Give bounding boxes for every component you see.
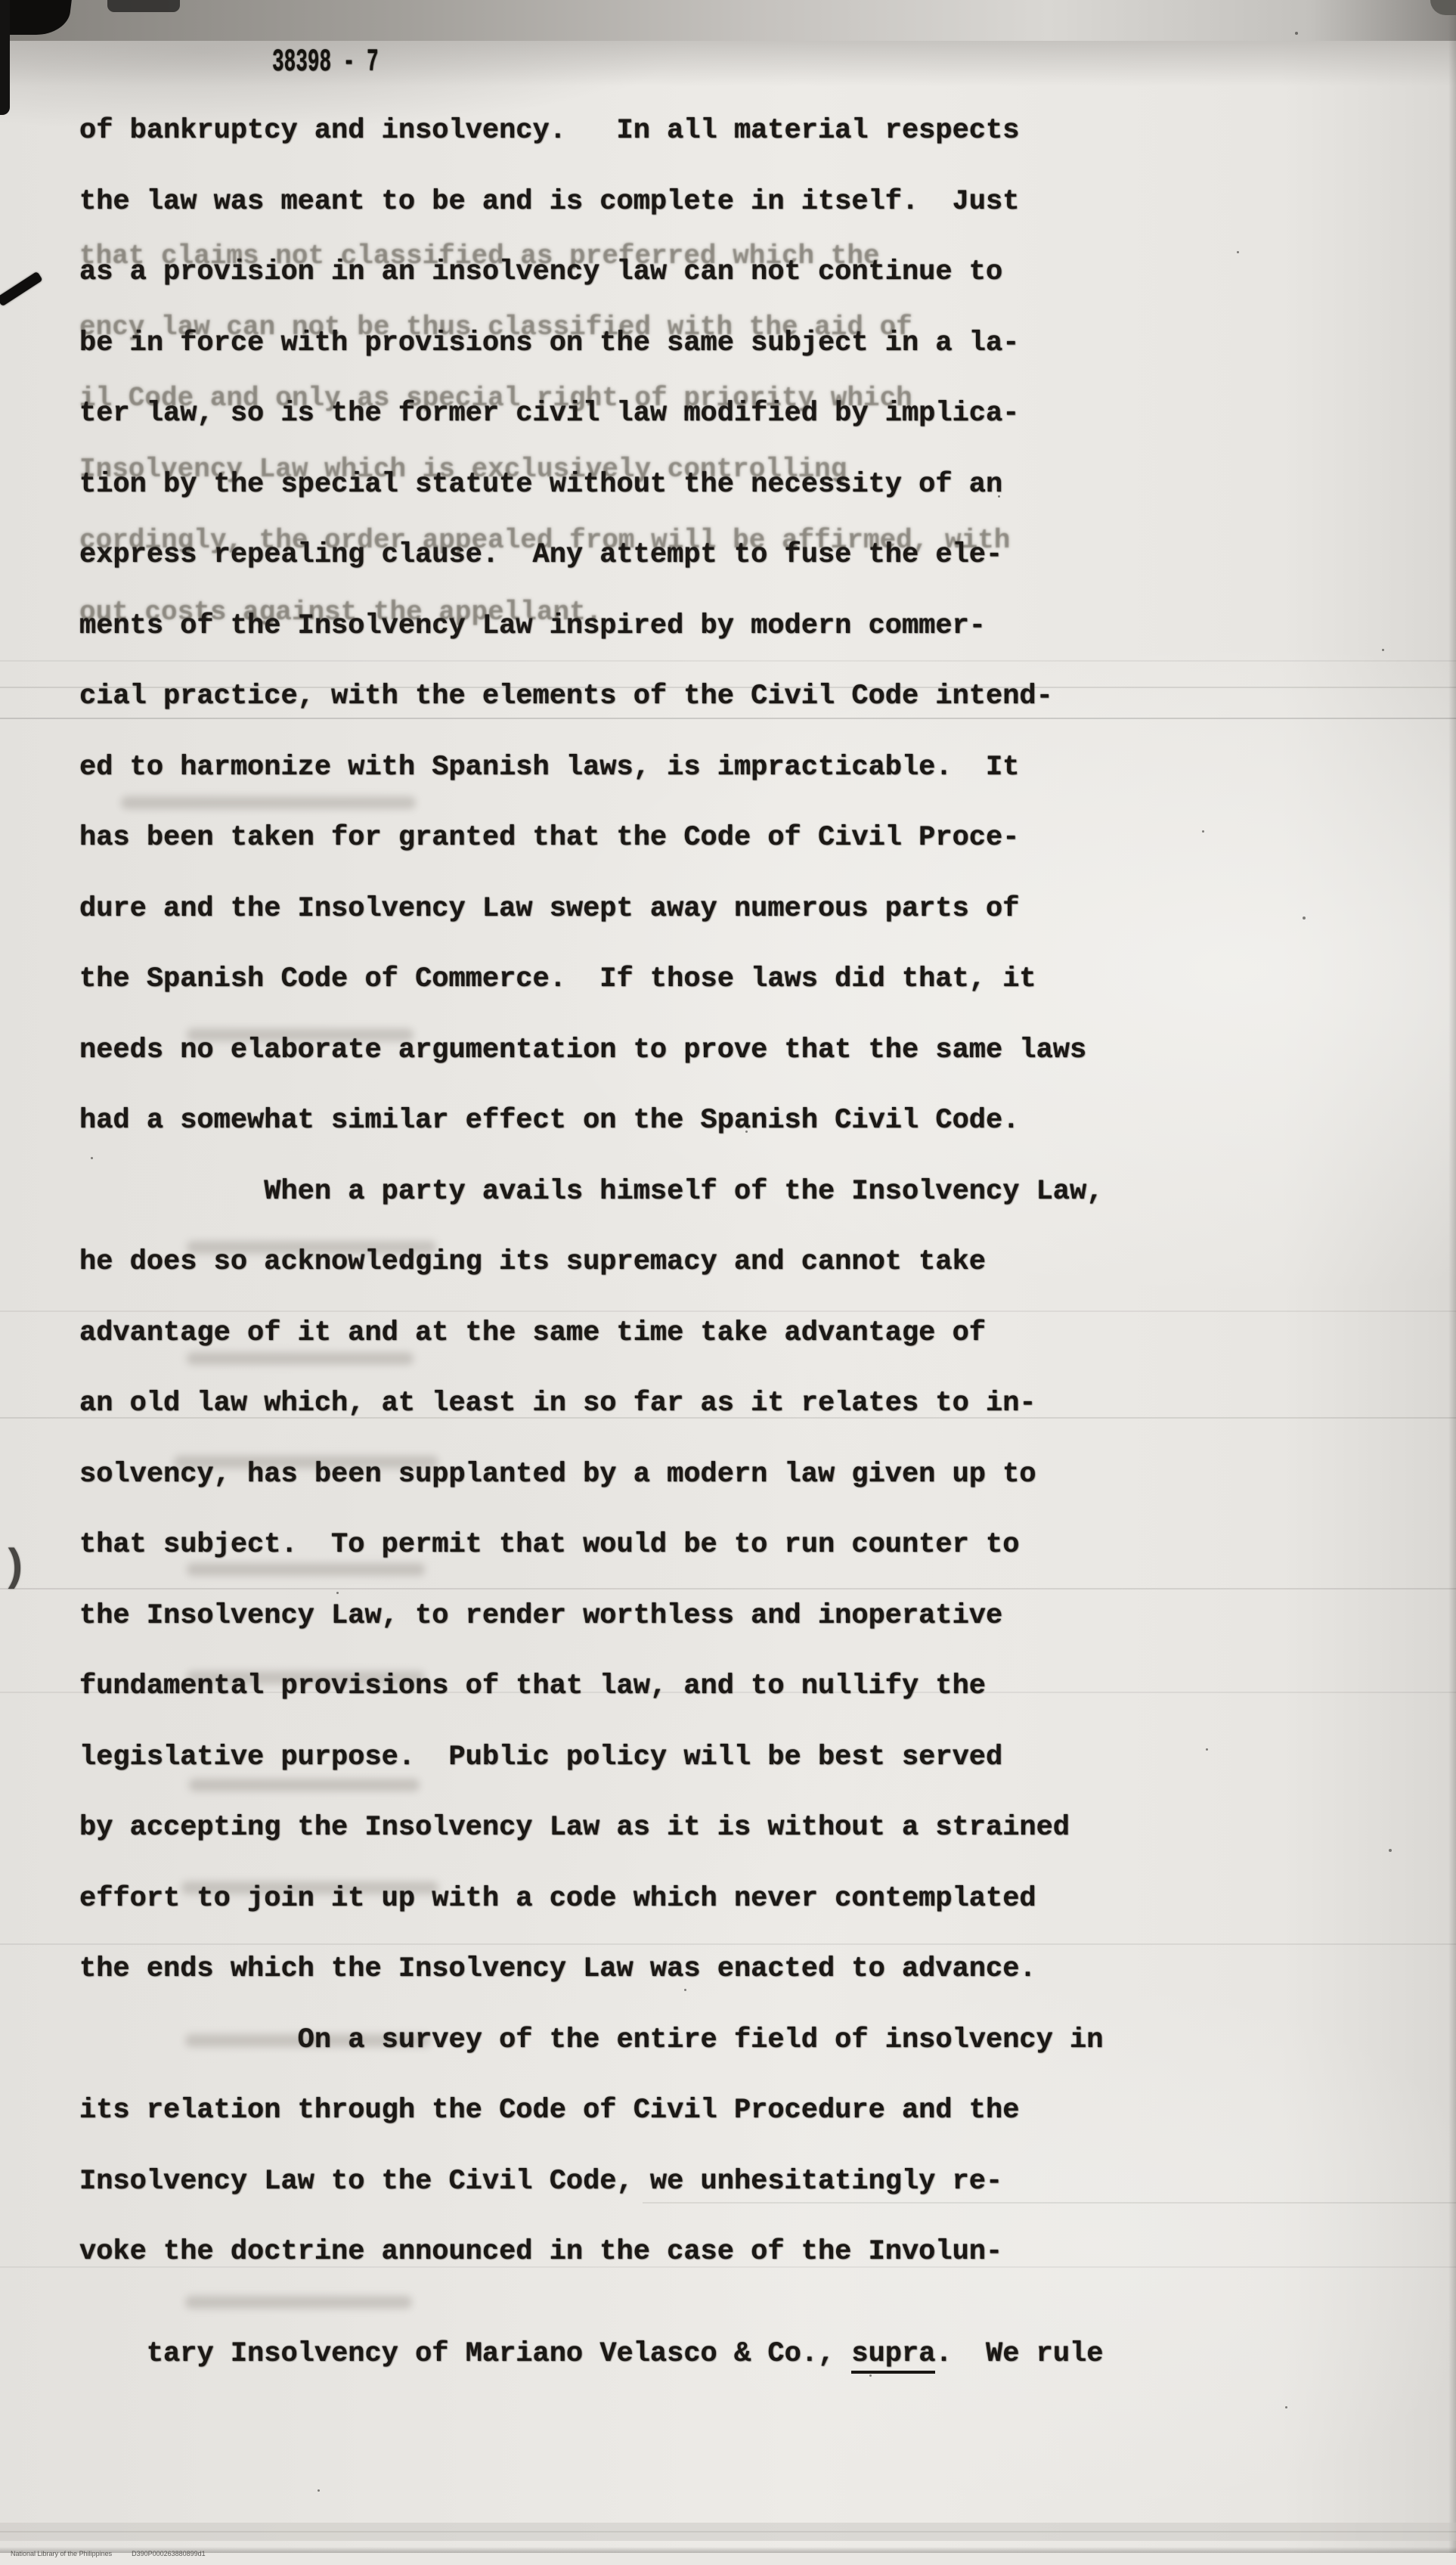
scanned-document-page: 38398 - 7 that claims not classified as … — [0, 0, 1456, 2553]
text-line: as a provision in an insolvency law can … — [79, 256, 1213, 327]
text-line: effort to join it up with a code which n… — [79, 1883, 1213, 1954]
document-text-block: of bankruptcy and insolvency. In all mat… — [79, 115, 1213, 2307]
library-code: D390P000263880899d1 — [132, 2550, 206, 2553]
text-line: the law was meant to be and is complete … — [79, 186, 1213, 257]
text-line: needs no elaborate argumentation to prov… — [79, 1034, 1213, 1106]
dust-speck — [1303, 917, 1306, 920]
text-line: ments of the Insolvency Law inspired by … — [79, 610, 1213, 681]
dust-speck — [1295, 32, 1298, 35]
dust-speck — [318, 2489, 320, 2492]
scan-bottom-edge-shade — [0, 2547, 1456, 2553]
scan-top-blob — [107, 0, 180, 12]
scan-fold-line — [0, 2531, 1456, 2532]
text-line: by accepting the Insolvency Law as it is… — [79, 1812, 1213, 1883]
underlined-citation: supra — [851, 2338, 935, 2374]
text-line: dure and the Insolvency Law swept away n… — [79, 893, 1213, 964]
dust-speck — [1382, 649, 1384, 651]
text-line: When a party avails himself of the Insol… — [79, 1176, 1213, 1247]
dust-speck — [1285, 2406, 1287, 2408]
text-line: fundamental provisions of that law, and … — [79, 1670, 1213, 1742]
text-line: tion by the special statute without the … — [79, 469, 1213, 540]
text-line: the Spanish Code of Commerce. If those l… — [79, 963, 1213, 1034]
text-line: of bankruptcy and insolvency. In all mat… — [79, 115, 1213, 186]
text-line: its relation through the Code of Civil P… — [79, 2095, 1213, 2166]
text-line: express repealing clause. Any attempt to… — [79, 539, 1213, 610]
text-line: ter law, so is the former civil law modi… — [79, 398, 1213, 469]
scan-left-edge-mark — [0, 0, 10, 115]
text-line: advantage of it and at the same time tak… — [79, 1317, 1213, 1388]
final-line-pre: tary Insolvency of Mariano Velasco & Co.… — [147, 2338, 852, 2370]
text-line: solvency, has been supplanted by a moder… — [79, 1459, 1213, 1530]
text-line: cial practice, with the elements of the … — [79, 681, 1213, 752]
scan-top-fade — [0, 41, 1456, 86]
text-line: had a somewhat similar effect on the Spa… — [79, 1105, 1213, 1176]
text-line: has been taken for granted that the Code… — [79, 822, 1213, 893]
text-line: the Insolvency Law, to render worthless … — [79, 1600, 1213, 1671]
scan-right-edge-shade — [1448, 0, 1456, 2553]
text-line: ed to harmonize with Spanish laws, is im… — [79, 752, 1213, 823]
text-line: that subject. To permit that would be to… — [79, 1529, 1213, 1600]
text-line: On a survey of the entire field of insol… — [79, 2024, 1213, 2095]
library-watermark: National Library of the PhilippinesD390P… — [3, 2542, 206, 2553]
text-line: he does so acknowledging its supremacy a… — [79, 1246, 1213, 1317]
text-line: voke the doctrine announced in the case … — [79, 2236, 1213, 2307]
page-number: 38398 - 7 — [272, 44, 379, 80]
scan-top-edge — [0, 0, 1456, 41]
dust-speck — [1389, 1849, 1392, 1852]
text-line-final: tary Insolvency of Mariano Velasco & Co.… — [79, 2306, 1103, 2377]
pen-paren-mark: ) — [2, 1544, 28, 1593]
text-line: be in force with provisions on the same … — [79, 327, 1213, 399]
text-line: legislative purpose. Public policy will … — [79, 1742, 1213, 1813]
library-name: National Library of the Philippines — [11, 2550, 112, 2553]
final-line-post: . We rule — [935, 2338, 1103, 2370]
text-line: an old law which, at least in so far as … — [79, 1388, 1213, 1459]
text-line: Insolvency Law to the Civil Code, we unh… — [79, 2166, 1213, 2237]
dust-speck — [1237, 251, 1239, 253]
ink-stroke-mark — [0, 271, 43, 307]
text-line: the ends which the Insolvency Law was en… — [79, 1953, 1213, 2024]
